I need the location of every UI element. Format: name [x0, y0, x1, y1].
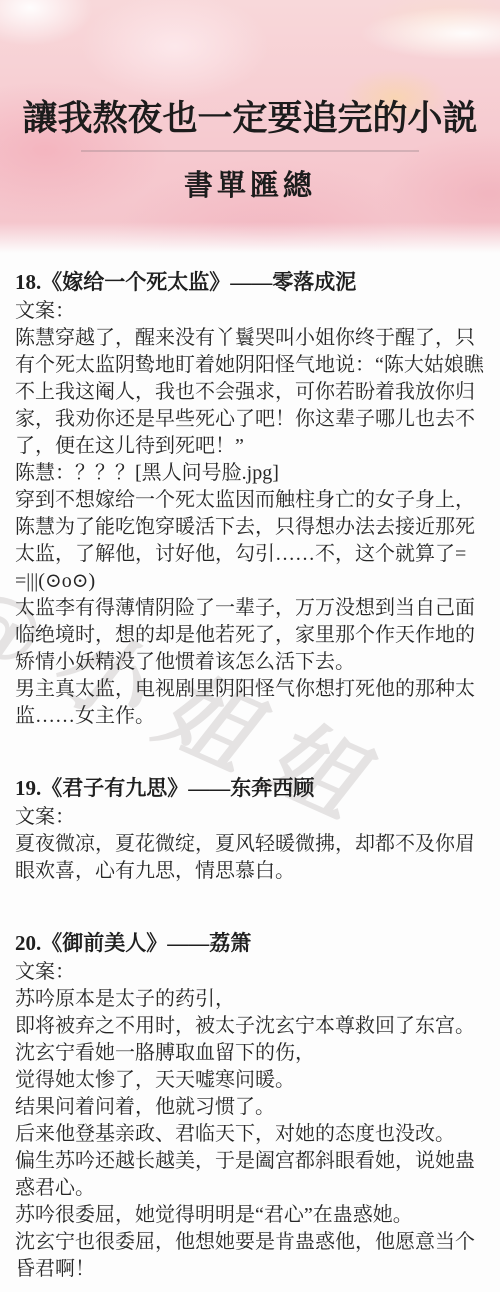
entry-heading: 19.《君子有九思》——东奔西顾 [15, 772, 485, 804]
entry-body: 陈慧穿越了，醒来没有丫鬟哭叫小姐你终于醒了，只有个死太监阴鸷地盯着她阴阳怪气地说… [15, 325, 485, 730]
entries: 18.《嫁给一个死太监》——零落成泥 文案： 陈慧穿越了，醒来没有丫鬟哭叫小姐你… [0, 258, 500, 1283]
entry-paragraph: 结果问着问着，他就习惯了。 [15, 1094, 485, 1121]
title-divider [81, 150, 419, 152]
entry-paragraph: 男主真太监，电视剧里阴阳怪气你想打死他的那种太监……女主作。 [15, 676, 485, 730]
entry-paragraph: 沈玄宁看她一胳膊取血留下的伤， [15, 1040, 485, 1067]
book-entry: 20.《御前美人》——荔箫 文案： 苏吟原本是太子的药引，即将被弃之不用时，被太… [15, 927, 485, 1283]
entry-body: 夏夜微凉，夏花微绽，夏风轻暖微拂，却都不及你眉眼欢喜，心有九思，情思慕白。 [15, 831, 485, 885]
page-subtitle: 書單匯總 [0, 163, 500, 204]
entry-paragraph: 苏吟很委屈，她觉得明明是“君心”在蛊惑她。 [15, 1202, 485, 1229]
entry-paragraph: 陈慧：？？？[黑人问号脸.jpg] [15, 460, 485, 487]
booklist-image: 讓我熬夜也一定要追完的小説 書單匯總 @小姐姐 18.《嫁给一个死太监》——零落… [0, 0, 500, 1292]
entry-paragraph: 即将被弃之不用时，被太子沈玄宁本尊救回了东宫。 [15, 1013, 485, 1040]
entry-paragraph: 后来他登基亲政、君临天下，对她的态度也没改。 [15, 1121, 485, 1148]
entry-heading: 18.《嫁给一个死太监》——零落成泥 [15, 266, 485, 298]
entry-heading: 20.《御前美人》——荔箫 [15, 927, 485, 959]
entry-paragraph: 夏夜微凉，夏花微绽，夏风轻暖微拂，却都不及你眉眼欢喜，心有九思，情思慕白。 [15, 831, 485, 885]
entry-paragraph: 沈玄宁也很委屈，他想她要是肯蛊惑他，他愿意当个昏君啊！ [15, 1229, 485, 1283]
entry-copy-label: 文案： [15, 298, 485, 325]
entry-paragraph: 苏吟原本是太子的药引， [15, 986, 485, 1013]
entry-paragraph: 偏生苏吟还越长越美，于是阖宫都斜眼看她，说她蛊惑君心。 [15, 1148, 485, 1202]
book-entry: 19.《君子有九思》——东奔西顾 文案： 夏夜微凉，夏花微绽，夏风轻暖微拂，却都… [15, 772, 485, 885]
watercolor-header: 讓我熬夜也一定要追完的小説 書單匯總 [0, 0, 500, 258]
book-entry: 18.《嫁给一个死太监》——零落成泥 文案： 陈慧穿越了，醒来没有丫鬟哭叫小姐你… [15, 266, 485, 730]
entry-paragraph: 太监李有得薄情阴险了一辈子，万万没想到当自己面临绝境时，想的却是他若死了，家里那… [15, 595, 485, 676]
entry-copy-label: 文案： [15, 804, 485, 831]
entry-paragraph: 觉得她太惨了，天天嘘寒问暖。 [15, 1067, 485, 1094]
entry-paragraph: 陈慧穿越了，醒来没有丫鬟哭叫小姐你终于醒了，只有个死太监阴鸷地盯着她阴阳怪气地说… [15, 325, 485, 460]
entry-paragraph: 穿到不想嫁给一个死太监因而触柱身亡的女子身上，陈慧为了能吃饱穿暖活下去，只得想办… [15, 487, 485, 595]
page-title: 讓我熬夜也一定要追完的小説 [0, 0, 500, 141]
entry-body: 苏吟原本是太子的药引，即将被弃之不用时，被太子沈玄宁本尊救回了东宫。沈玄宁看她一… [15, 986, 485, 1283]
entry-copy-label: 文案： [15, 959, 485, 986]
